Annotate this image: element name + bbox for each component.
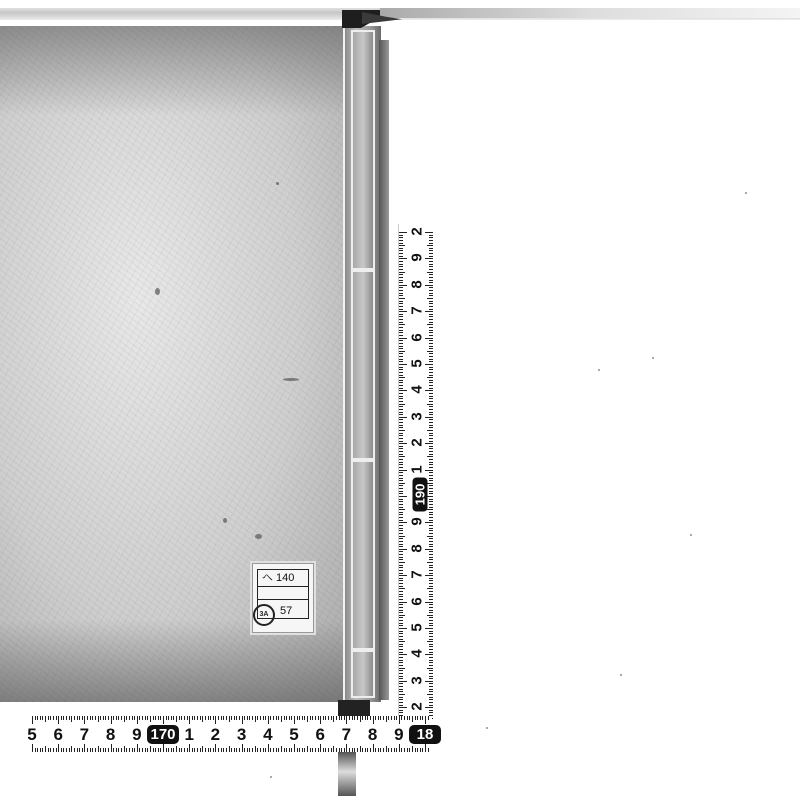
ruler-tick: [286, 716, 287, 720]
ruler-tick: [163, 716, 164, 724]
ruler-tick: [399, 662, 403, 663]
ruler-tick: [429, 546, 433, 547]
ruler-tick: [399, 716, 400, 724]
ruler-tick: [429, 712, 433, 713]
ruler-tick: [399, 298, 405, 299]
spine-panel: [351, 270, 375, 460]
ruler-label: 7: [75, 725, 93, 745]
ruler-tick: [286, 748, 287, 752]
ruler-tick: [399, 280, 403, 281]
ruler-tick: [399, 525, 403, 526]
ruler-tick: [242, 744, 243, 752]
ruler-tick: [362, 748, 363, 752]
ruler-tick: [427, 298, 433, 299]
ruler-tick: [273, 716, 274, 720]
ruler-tick: [268, 744, 269, 752]
ruler-tick: [399, 327, 403, 328]
ruler-tick: [399, 615, 405, 616]
ruler-tick: [399, 586, 403, 587]
ruler-tick: [399, 668, 405, 669]
ruler-tick: [427, 641, 433, 642]
ruler-tick: [399, 681, 407, 682]
ruler-tick: [132, 716, 133, 720]
ruler-tick: [427, 430, 433, 431]
ruler-tick: [116, 716, 117, 720]
ruler-tick: [53, 716, 54, 720]
ruler-tick: [257, 716, 258, 720]
ruler-tick: [396, 748, 397, 752]
ruler-tick: [399, 409, 403, 410]
ruler-tick: [429, 409, 433, 410]
ruler-tick: [422, 716, 423, 720]
ruler-tick: [399, 348, 403, 349]
ruler-tick: [150, 746, 151, 752]
ruler-tick: [200, 748, 201, 752]
ruler-tick: [37, 748, 38, 752]
ruler-tick: [200, 716, 201, 720]
ruler-tick: [429, 604, 433, 605]
ruler-tick: [341, 748, 342, 752]
ruler-tick: [307, 716, 308, 722]
ruler-tick: [98, 716, 99, 722]
ruler-tick: [399, 343, 403, 344]
ruler-tick: [399, 499, 403, 500]
ruler-tick: [197, 716, 198, 720]
ruler-tick: [429, 538, 433, 539]
catalog-label: ヘ 140 57 3A: [252, 563, 314, 633]
ruler-tick: [399, 430, 405, 431]
ruler-tick: [281, 716, 282, 722]
ruler-tick: [429, 422, 433, 423]
ruler-tick: [429, 478, 433, 479]
ruler-tick: [429, 414, 433, 415]
ruler-tick: [145, 716, 146, 720]
ruler-label: 2: [206, 725, 224, 745]
ruler-tick: [391, 716, 392, 720]
ruler-tick: [429, 369, 433, 370]
ruler-tick: [74, 716, 75, 720]
ruler-tick: [429, 454, 433, 455]
ruler-tick: [429, 612, 433, 613]
ruler-tick: [289, 748, 290, 752]
ruler-tick: [189, 744, 190, 752]
ruler-tick: [236, 716, 237, 720]
ruler-tick: [429, 277, 433, 278]
ruler-tick: [399, 676, 403, 677]
ruler-label: 6: [409, 327, 426, 347]
ruler-tick: [399, 580, 403, 581]
ruler-tick: [399, 665, 403, 666]
ruler-tick: [429, 625, 433, 626]
ruler-tick: [429, 274, 433, 275]
ruler-tick: [273, 748, 274, 752]
ruler-tick: [399, 372, 403, 373]
ruler-label: 9: [128, 725, 146, 745]
ruler-tick: [407, 748, 408, 752]
ruler-tick: [429, 309, 433, 310]
ruler-tick: [399, 620, 403, 621]
ruler-tick: [336, 748, 337, 752]
ruler-tick: [415, 748, 416, 752]
cover-spot: [255, 534, 262, 539]
ruler-tick: [399, 472, 403, 473]
ruler-label: 170: [147, 725, 179, 744]
ruler-tick: [429, 375, 433, 376]
ruler-tick: [229, 716, 230, 722]
ruler-tick: [118, 748, 119, 752]
ruler-tick: [429, 393, 433, 394]
ruler-tick: [425, 549, 433, 550]
ruler-tick: [429, 520, 433, 521]
ruler-tick: [429, 485, 433, 486]
ruler-tick: [244, 748, 245, 752]
vertical-ruler: 298765432119098765432: [398, 224, 433, 720]
ruler-tick: [429, 620, 433, 621]
ruler-tick: [429, 657, 433, 658]
ruler-tick: [278, 748, 279, 752]
ruler-tick: [194, 748, 195, 752]
ruler-tick: [425, 232, 433, 233]
ruler-tick: [417, 716, 418, 720]
ruler-tick: [84, 744, 85, 752]
ruler-tick: [425, 707, 433, 708]
ruler-tick: [429, 697, 433, 698]
ruler-tick: [399, 377, 405, 378]
ruler-tick: [399, 538, 403, 539]
ruler-tick: [166, 716, 167, 720]
ruler-tick: [429, 660, 433, 661]
ruler-tick: [399, 369, 403, 370]
ruler-tick: [429, 398, 433, 399]
ruler-tick: [429, 517, 433, 518]
ruler-tick: [242, 716, 243, 724]
ruler-tick: [399, 295, 403, 296]
ruler-tick: [429, 652, 433, 653]
ruler-tick: [399, 496, 407, 497]
ruler-tick: [166, 748, 167, 752]
ruler-tick: [399, 557, 403, 558]
scan-speck: [745, 192, 747, 194]
ruler-tick: [428, 716, 429, 720]
ruler-tick: [399, 258, 407, 259]
ruler-tick: [320, 716, 321, 724]
ruler-tick: [194, 716, 195, 720]
ruler-tick: [399, 351, 405, 352]
ruler-tick: [213, 748, 214, 752]
ruler-tick: [399, 285, 407, 286]
ruler-tick: [429, 599, 433, 600]
ruler-tick: [265, 716, 266, 720]
ruler-tick: [399, 464, 403, 465]
ruler-tick: [399, 702, 403, 703]
ruler-label: 7: [409, 565, 426, 585]
ruler-tick: [399, 536, 405, 537]
ruler-tick: [399, 594, 403, 595]
ruler-tick: [399, 335, 403, 336]
ruler-tick: [399, 660, 403, 661]
ruler-tick: [429, 240, 433, 241]
ruler-tick: [429, 689, 433, 690]
ruler-tick: [378, 716, 379, 720]
ruler-tick: [124, 716, 125, 722]
ruler-tick: [399, 287, 403, 288]
ruler-tick: [427, 377, 433, 378]
ruler-tick: [425, 744, 426, 752]
ruler-tick: [35, 748, 36, 752]
ruler-tick: [399, 617, 403, 618]
ruler-tick: [331, 748, 332, 752]
ruler-tick: [380, 716, 381, 720]
ruler-tick: [429, 425, 433, 426]
ruler-tick: [399, 324, 405, 325]
ruler-tick: [399, 541, 403, 542]
ruler-tick: [50, 748, 51, 752]
ruler-tick: [399, 657, 403, 658]
ruler-tick: [399, 232, 407, 233]
ruler-tick: [213, 716, 214, 720]
ruler-tick: [399, 686, 403, 687]
ruler-label: 2: [409, 433, 426, 453]
ruler-tick: [399, 705, 403, 706]
ruler-tick: [77, 716, 78, 720]
ruler-tick: [429, 665, 433, 666]
spine-shadow: [379, 40, 389, 700]
ruler-tick: [215, 716, 216, 724]
ruler-tick: [208, 748, 209, 752]
ruler-tick: [399, 507, 403, 508]
ruler-tick: [386, 716, 387, 722]
ruler-tick: [158, 716, 159, 720]
ruler-tick: [429, 314, 433, 315]
ruler-tick: [399, 269, 403, 270]
bottom-clip: [338, 700, 370, 716]
ruler-tick: [255, 746, 256, 752]
ruler-tick: [50, 716, 51, 720]
ruler-label: 5: [409, 618, 426, 638]
ruler-tick: [407, 716, 408, 720]
ruler-tick: [121, 748, 122, 752]
ruler-tick: [132, 748, 133, 752]
ruler-tick: [142, 748, 143, 752]
ruler-tick: [429, 633, 433, 634]
ruler-tick: [429, 578, 433, 579]
ruler-tick: [429, 583, 433, 584]
ruler-tick: [399, 319, 403, 320]
ruler-label: 9: [409, 512, 426, 532]
ruler-tick: [61, 716, 62, 720]
book-spine: [343, 26, 381, 702]
ruler-tick: [399, 248, 403, 249]
ruler-tick: [429, 396, 433, 397]
ruler-label: 1: [180, 725, 198, 745]
ruler-tick: [192, 716, 193, 720]
ruler-tick: [145, 748, 146, 752]
ruler-tick: [126, 748, 127, 752]
ruler-tick: [281, 746, 282, 752]
ruler-tick: [425, 417, 433, 418]
ruler-tick: [399, 309, 403, 310]
ruler-tick: [173, 748, 174, 752]
ruler-tick: [69, 748, 70, 752]
ruler-tick: [304, 748, 305, 752]
ruler-tick: [399, 641, 405, 642]
ruler-tick: [399, 393, 403, 394]
ruler-tick: [399, 380, 403, 381]
ruler-tick: [399, 361, 403, 362]
ruler-tick: [429, 567, 433, 568]
ruler-tick: [378, 748, 379, 752]
ruler-tick: [399, 451, 403, 452]
ruler-tick: [399, 514, 403, 515]
ruler-tick: [310, 748, 311, 752]
ruler-tick: [399, 712, 403, 713]
ruler-tick: [399, 633, 403, 634]
ruler-tick: [71, 746, 72, 752]
ruler-tick: [399, 697, 403, 698]
ruler-tick: [302, 716, 303, 720]
ruler-tick: [429, 467, 433, 468]
ruler-tick: [354, 748, 355, 752]
ruler-tick: [425, 575, 433, 576]
ruler-tick: [409, 716, 410, 720]
ruler-tick: [103, 716, 104, 720]
ruler-tick: [427, 536, 433, 537]
ruler-tick: [399, 422, 403, 423]
ruler-tick: [429, 691, 433, 692]
ruler-tick: [202, 746, 203, 752]
ruler-tick: [429, 499, 433, 500]
ruler-tick: [399, 390, 407, 391]
ruler-tick: [394, 748, 395, 752]
label-blank-row: [257, 586, 309, 600]
ruler-tick: [415, 716, 416, 720]
ruler-tick: [399, 412, 403, 413]
ruler-tick: [399, 478, 403, 479]
ruler-tick: [429, 591, 433, 592]
ruler-tick: [312, 716, 313, 720]
ruler-tick: [399, 467, 403, 468]
ruler-tick: [137, 716, 138, 724]
ruler-tick: [425, 285, 433, 286]
scan-speck: [270, 776, 272, 778]
ruler-tick: [427, 562, 433, 563]
ruler-tick: [284, 748, 285, 752]
ruler-tick: [425, 470, 433, 471]
ruler-tick: [383, 716, 384, 720]
ruler-tick: [354, 716, 355, 720]
ruler-tick: [429, 512, 433, 513]
ruler-tick: [425, 443, 433, 444]
ruler-tick: [399, 625, 403, 626]
scan-speck: [598, 369, 600, 371]
ruler-tick: [61, 748, 62, 752]
ruler-tick: [373, 716, 374, 724]
ruler-tick: [425, 681, 433, 682]
ruler-tick: [181, 748, 182, 752]
ruler-tick: [429, 287, 433, 288]
ruler-tick: [103, 748, 104, 752]
ruler-tick: [399, 277, 403, 278]
ruler-tick: [137, 744, 138, 752]
ruler-tick: [429, 557, 433, 558]
ruler-tick: [429, 248, 433, 249]
ruler-tick: [429, 343, 433, 344]
ruler-tick: [429, 243, 433, 244]
ruler-tick: [53, 748, 54, 752]
ruler-tick: [365, 716, 366, 720]
ruler-tick: [399, 427, 403, 428]
ruler-tick: [429, 525, 433, 526]
ruler-tick: [202, 716, 203, 722]
ruler-tick: [399, 237, 403, 238]
ruler-tick: [391, 748, 392, 752]
ruler-tick: [399, 636, 403, 637]
ruler-tick: [328, 716, 329, 720]
ruler-tick: [429, 435, 433, 436]
ruler-tick: [318, 716, 319, 720]
ruler-tick: [116, 748, 117, 752]
ruler-tick: [399, 316, 403, 317]
ruler-tick: [66, 748, 67, 752]
ruler-tick: [429, 559, 433, 560]
ruler-tick: [336, 716, 337, 720]
ruler-tick: [346, 744, 347, 752]
ruler-tick: [399, 314, 403, 315]
ruler-tick: [399, 404, 405, 405]
ruler-tick: [427, 456, 433, 457]
ruler-tick: [399, 340, 403, 341]
ruler-tick: [429, 617, 433, 618]
ruler-tick: [429, 570, 433, 571]
ruler-tick: [425, 338, 433, 339]
ruler-tick: [87, 748, 88, 752]
ruler-tick: [429, 686, 433, 687]
ruler-label: 7: [409, 301, 426, 321]
ruler-tick: [429, 586, 433, 587]
ruler-label: 1: [409, 459, 426, 479]
ruler-tick: [192, 748, 193, 752]
ruler-tick: [429, 380, 433, 381]
ruler-tick: [399, 375, 403, 376]
ruler-label: 2: [409, 697, 426, 717]
ruler-tick: [399, 554, 403, 555]
ruler-tick: [234, 716, 235, 720]
ruler-label: 9: [409, 248, 426, 268]
ruler-tick: [425, 654, 433, 655]
ruler-tick: [399, 623, 403, 624]
ruler-tick: [134, 748, 135, 752]
ruler-tick: [429, 433, 433, 434]
ruler-tick: [339, 716, 340, 720]
ruler-tick: [42, 716, 43, 720]
ruler-tick: [399, 419, 403, 420]
ruler-label: 5: [409, 354, 426, 374]
ruler-tick: [399, 274, 403, 275]
ruler-tick: [176, 716, 177, 722]
ruler-tick: [425, 602, 433, 603]
ruler-tick: [399, 610, 403, 611]
ruler-tick: [58, 744, 59, 752]
ruler-tick: [399, 301, 403, 302]
ruler-tick: [429, 699, 433, 700]
ruler-tick: [399, 346, 403, 347]
ruler-tick: [429, 710, 433, 711]
ruler-tick: [399, 485, 403, 486]
ruler-tick: [429, 491, 433, 492]
ruler-tick: [401, 748, 402, 752]
ruler-tick: [429, 464, 433, 465]
ruler-tick: [147, 748, 148, 752]
